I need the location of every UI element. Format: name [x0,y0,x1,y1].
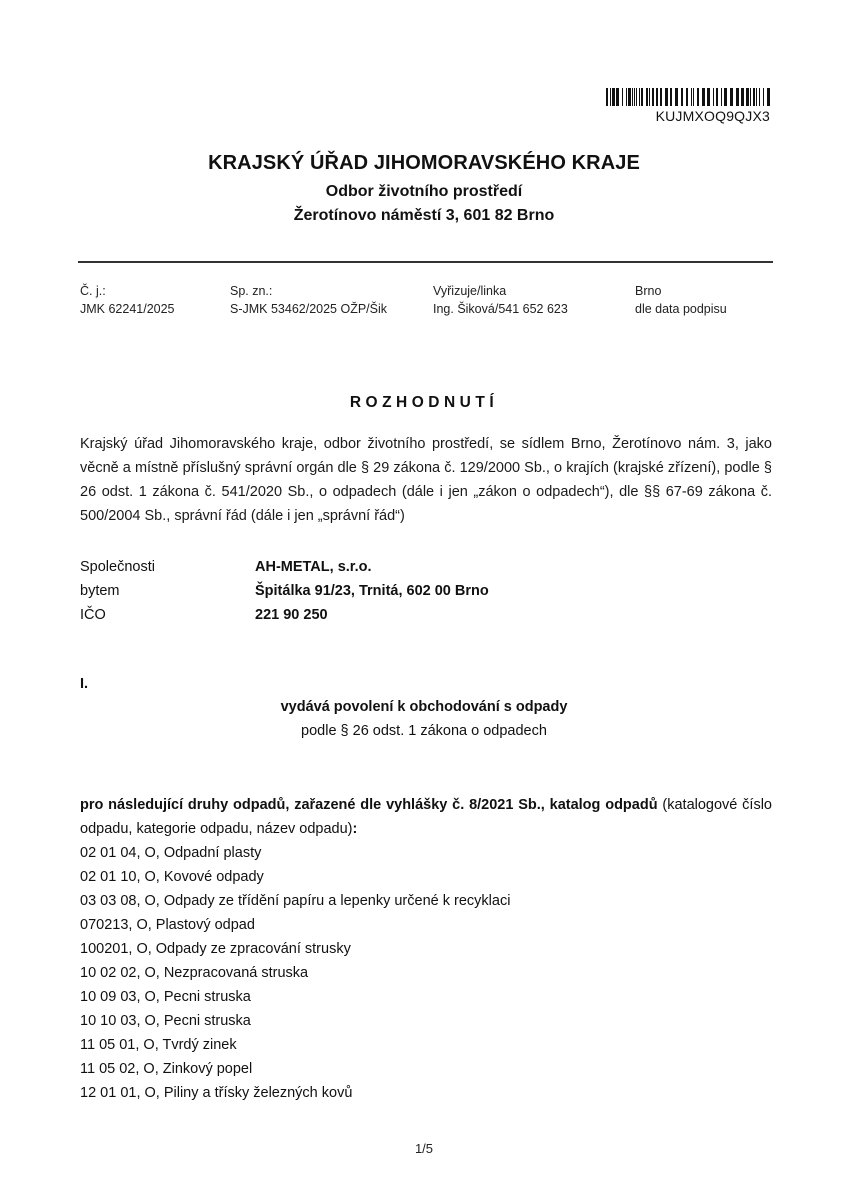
waste-list-item: 070213, O, Plastový odpad [80,913,510,937]
waste-list-item: 10 09 03, O, Pecni struska [80,985,510,1009]
intro-text: Krajský úřad Jihomoravského kraje, odbor… [80,432,772,528]
section-number: I. [80,676,88,692]
waste-list-item: 11 05 02, O, Zinkový popel [80,1057,510,1081]
reference-file-mark: Sp. zn.: S-JMK 53462/2025 OŽP/Šik [230,282,387,318]
reference-value: S-JMK 53462/2025 OŽP/Šik [230,300,387,318]
waste-intro-colon: : [353,821,358,837]
authority-title: KRAJSKÝ ÚŘAD JIHOMORAVSKÉHO KRAJE [0,152,848,175]
barcode-code: KUJMXOQ9QJX3 [656,108,770,124]
barcode-icon [606,88,770,106]
waste-list-item: 12 01 01, O, Piliny a třísky železných k… [80,1081,510,1105]
reference-label: Č. j.: [80,282,175,300]
section-subheading: podle § 26 odst. 1 zákona o odpadech [0,723,848,739]
waste-list-item: 02 01 04, O, Odpadní plasty [80,841,510,865]
waste-list: 02 01 04, O, Odpadní plasty02 01 10, O, … [80,841,510,1105]
waste-list-item: 03 03 08, O, Odpady ze třídění papíru a … [80,889,510,913]
party-row-company: Společnosti AH-METAL, s.r.o. [80,555,489,579]
reference-label: Vyřizuje/linka [433,282,568,300]
page-number: 1/5 [0,1141,848,1156]
header-divider [78,261,773,263]
party-row-ico: IČO 221 90 250 [80,603,489,627]
waste-list-item: 100201, O, Odpady ze zpracování strusky [80,937,510,961]
document-page: KUJMXOQ9QJX3 KRAJSKÝ ÚŘAD JIHOMORAVSKÉHO… [0,0,848,1200]
waste-intro-bold: pro následující druhy odpadů, zařazené d… [80,797,658,813]
party-value: AH-METAL, s.r.o. [255,555,372,579]
document-title: ROZHODNUTÍ [0,394,848,412]
reference-contact: Vyřizuje/linka Ing. Šiková/541 652 623 [433,282,568,318]
reference-label: Brno [635,282,727,300]
reference-label: Sp. zn.: [230,282,387,300]
party-row-address: bytem Špitálka 91/23, Trnitá, 602 00 Brn… [80,579,489,603]
waste-list-item: 11 05 01, O, Tvrdý zinek [80,1033,510,1057]
waste-list-item: 10 10 03, O, Pecni struska [80,1009,510,1033]
reference-value: dle data podpisu [635,300,727,318]
party-details: Společnosti AH-METAL, s.r.o. bytem Špitá… [80,555,489,627]
party-key: bytem [80,579,255,603]
authority-address: Žerotínovo náměstí 3, 601 82 Brno [0,207,848,225]
waste-list-item: 10 02 02, O, Nezpracovaná struska [80,961,510,985]
party-key: Společnosti [80,555,255,579]
section-heading: vydává povolení k obchodování s odpady [0,699,848,715]
party-value: 221 90 250 [255,603,328,627]
party-value: Špitálka 91/23, Trnitá, 602 00 Brno [255,579,489,603]
reference-place-date: Brno dle data podpisu [635,282,727,318]
department-name: Odbor životního prostředí [0,183,848,201]
reference-value: Ing. Šiková/541 652 623 [433,300,568,318]
reference-case-number: Č. j.: JMK 62241/2025 [80,282,175,318]
waste-intro: pro následující druhy odpadů, zařazené d… [80,793,772,841]
reference-value: JMK 62241/2025 [80,300,175,318]
party-key: IČO [80,603,255,627]
intro-paragraph: Krajský úřad Jihomoravského kraje, odbor… [80,432,772,528]
waste-list-item: 02 01 10, O, Kovové odpady [80,865,510,889]
